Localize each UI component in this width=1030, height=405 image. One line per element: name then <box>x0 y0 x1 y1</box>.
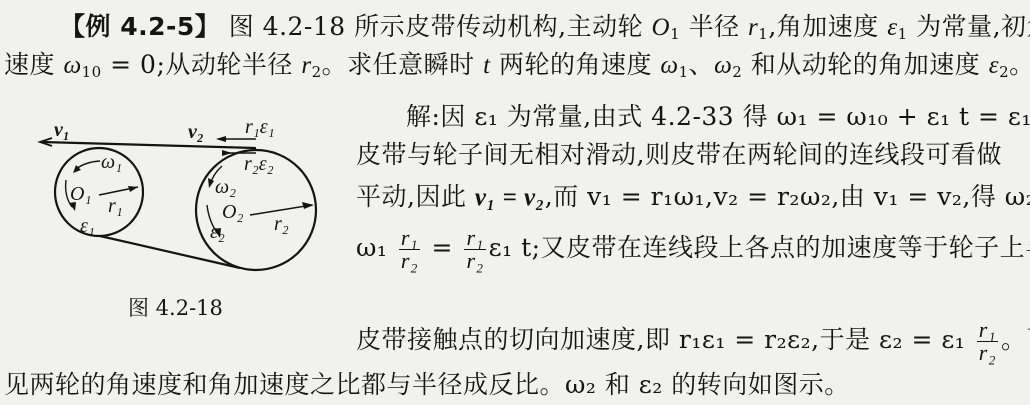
label-v1: v₁ <box>54 119 70 141</box>
problem-text: 两轮的角速度 <box>491 50 661 79</box>
math-t: t <box>483 52 490 79</box>
figure-caption: 图 4.2-18 <box>128 292 223 322</box>
solution-line-3: 平动,因此 v₁ = v₂,而 v₁ = r₁ω₁,v₂ = r₂ω₂,由 v₁… <box>356 182 1030 213</box>
solution-text: 。可 <box>1001 325 1030 354</box>
math-r2: r <box>301 52 311 79</box>
label-O2: O₂ <box>222 201 243 223</box>
fraction-r1-r2: r₁r₂ <box>399 227 420 272</box>
problem-text: 。求任意瞬时 <box>322 50 483 79</box>
math-sub: 1 <box>670 25 680 43</box>
solution-line-4: ω₁ r₁r₂ = r₁r₂ε₁ t;又皮带在连线段上各点的加速度等于轮子上与 <box>356 226 1030 272</box>
solution-line-5: 皮带接触点的切向加速度,即 r₁ε₁ = r₂ε₂,于是 ε₂ = ε₁ r₁r… <box>356 318 1030 364</box>
math-r1: r <box>748 14 758 41</box>
label-r2: r₂ <box>274 213 289 235</box>
math-omega10: ω <box>63 52 81 79</box>
problem-text: 、 <box>689 50 715 79</box>
label-v2: v₂ <box>188 121 204 143</box>
example-label: 【例 4.2-5】 <box>60 12 220 41</box>
fraction-numerator: r₁ <box>464 227 485 250</box>
solution-line-1: 解:因 ε₁ 为常量,由式 4.2-33 得 ω₁ = ω₁₀ + ε₁ t =… <box>406 102 1030 132</box>
math-sub: 2 <box>999 63 1009 81</box>
fraction-r1-r2: r₁r₂ <box>977 319 998 364</box>
solution-text: ,而 v₁ = r₁ω₁,v₂ = r₂ω₂,由 v₁ = v₂,得 ω₂ = <box>545 182 1030 211</box>
problem-text: 半径 <box>680 12 748 41</box>
belt-drive-diagram: v₁ v₂ r₁ε₁ r₂ε₂ ω₁ O₁ r₁ ε₁ ω₂ O₂ r₂ ε₂ <box>0 110 340 300</box>
label-e1: ε₁ <box>80 215 95 237</box>
math-eps1: ε <box>887 14 897 41</box>
math-sub: 2 <box>732 63 742 81</box>
math-sub: 1 <box>679 63 689 81</box>
math-sub: 1 <box>758 25 768 43</box>
math-sub: 2 <box>312 63 322 81</box>
fraction-numerator: r₁ <box>977 319 998 342</box>
problem-text: 速度 <box>4 50 63 79</box>
solution-line-2: 皮带与轮子间无相对滑动,则皮带在两轮间的连线段可看做 <box>356 140 1002 170</box>
math-w1: ω <box>660 52 678 79</box>
fraction-denominator: r₂ <box>466 250 483 272</box>
problem-text: = 0;从动轮半径 <box>102 50 302 79</box>
problem-text: ,角加速度 <box>768 12 887 41</box>
solution-text: = <box>432 233 453 262</box>
solution-text: 皮带接触点的切向加速度,即 r₁ε₁ = r₂ε₂,于是 ε₂ = ε₁ <box>356 325 965 354</box>
problem-line-2: 速度 ω10 = 0;从动轮半径 r2。求任意瞬时 t 两轮的角速度 ω1、ω2… <box>4 50 1030 81</box>
math-O1: O <box>652 14 671 41</box>
fraction-denominator: r₂ <box>401 250 418 272</box>
fraction-r1-r2: r₁r₂ <box>464 227 485 272</box>
label-O1: O₁ <box>70 183 91 205</box>
textbook-page: 【例 4.2-5】 图 4.2-18 所示皮带传动机构,主动轮 O1 半径 r1… <box>0 0 1030 405</box>
math-w2: ω <box>714 52 732 79</box>
label-w2: ω₂ <box>215 176 236 198</box>
label-r1: r₁ <box>108 195 123 217</box>
fraction-numerator: r₁ <box>399 227 420 250</box>
label-r1e1: r₁ε₁ <box>245 116 275 138</box>
problem-text: 和从动轮的角加速度 <box>742 50 988 79</box>
problem-line-1: 【例 4.2-5】 图 4.2-18 所示皮带传动机构,主动轮 O1 半径 r1… <box>60 12 1030 43</box>
belt-drive-figure: v₁ v₂ r₁ε₁ r₂ε₂ ω₁ O₁ r₁ ε₁ ω₂ O₂ r₂ ε₂ … <box>0 110 340 340</box>
problem-text: 图 4.2-18 所示皮带传动机构,主动轮 <box>229 12 652 41</box>
fraction-denominator: r₂ <box>979 342 996 364</box>
problem-text: 为常量,初角 <box>908 12 1030 41</box>
problem-text: 。 <box>1009 50 1030 79</box>
solution-text: ω₁ <box>356 233 387 262</box>
math-eps2: ε <box>989 52 999 79</box>
math-sub: 10 <box>82 63 102 81</box>
velocity-equality: v₁ = v₂ <box>475 184 545 211</box>
label-r2e2: r₂ε₂ <box>244 153 274 175</box>
solution-text: ε₁ t;又皮带在连线段上各点的加速度等于轮子上与 <box>489 233 1030 262</box>
label-e2: ε₂ <box>210 221 225 243</box>
solution-text: 平动,因此 <box>356 182 475 211</box>
math-sub: 1 <box>898 25 908 43</box>
solution-line-6: 见两轮的角速度和角加速度之比都与半径成反比。ω₂ 和 ε₂ 的转向如图示。 <box>4 370 850 400</box>
label-w1: ω₁ <box>101 151 122 173</box>
